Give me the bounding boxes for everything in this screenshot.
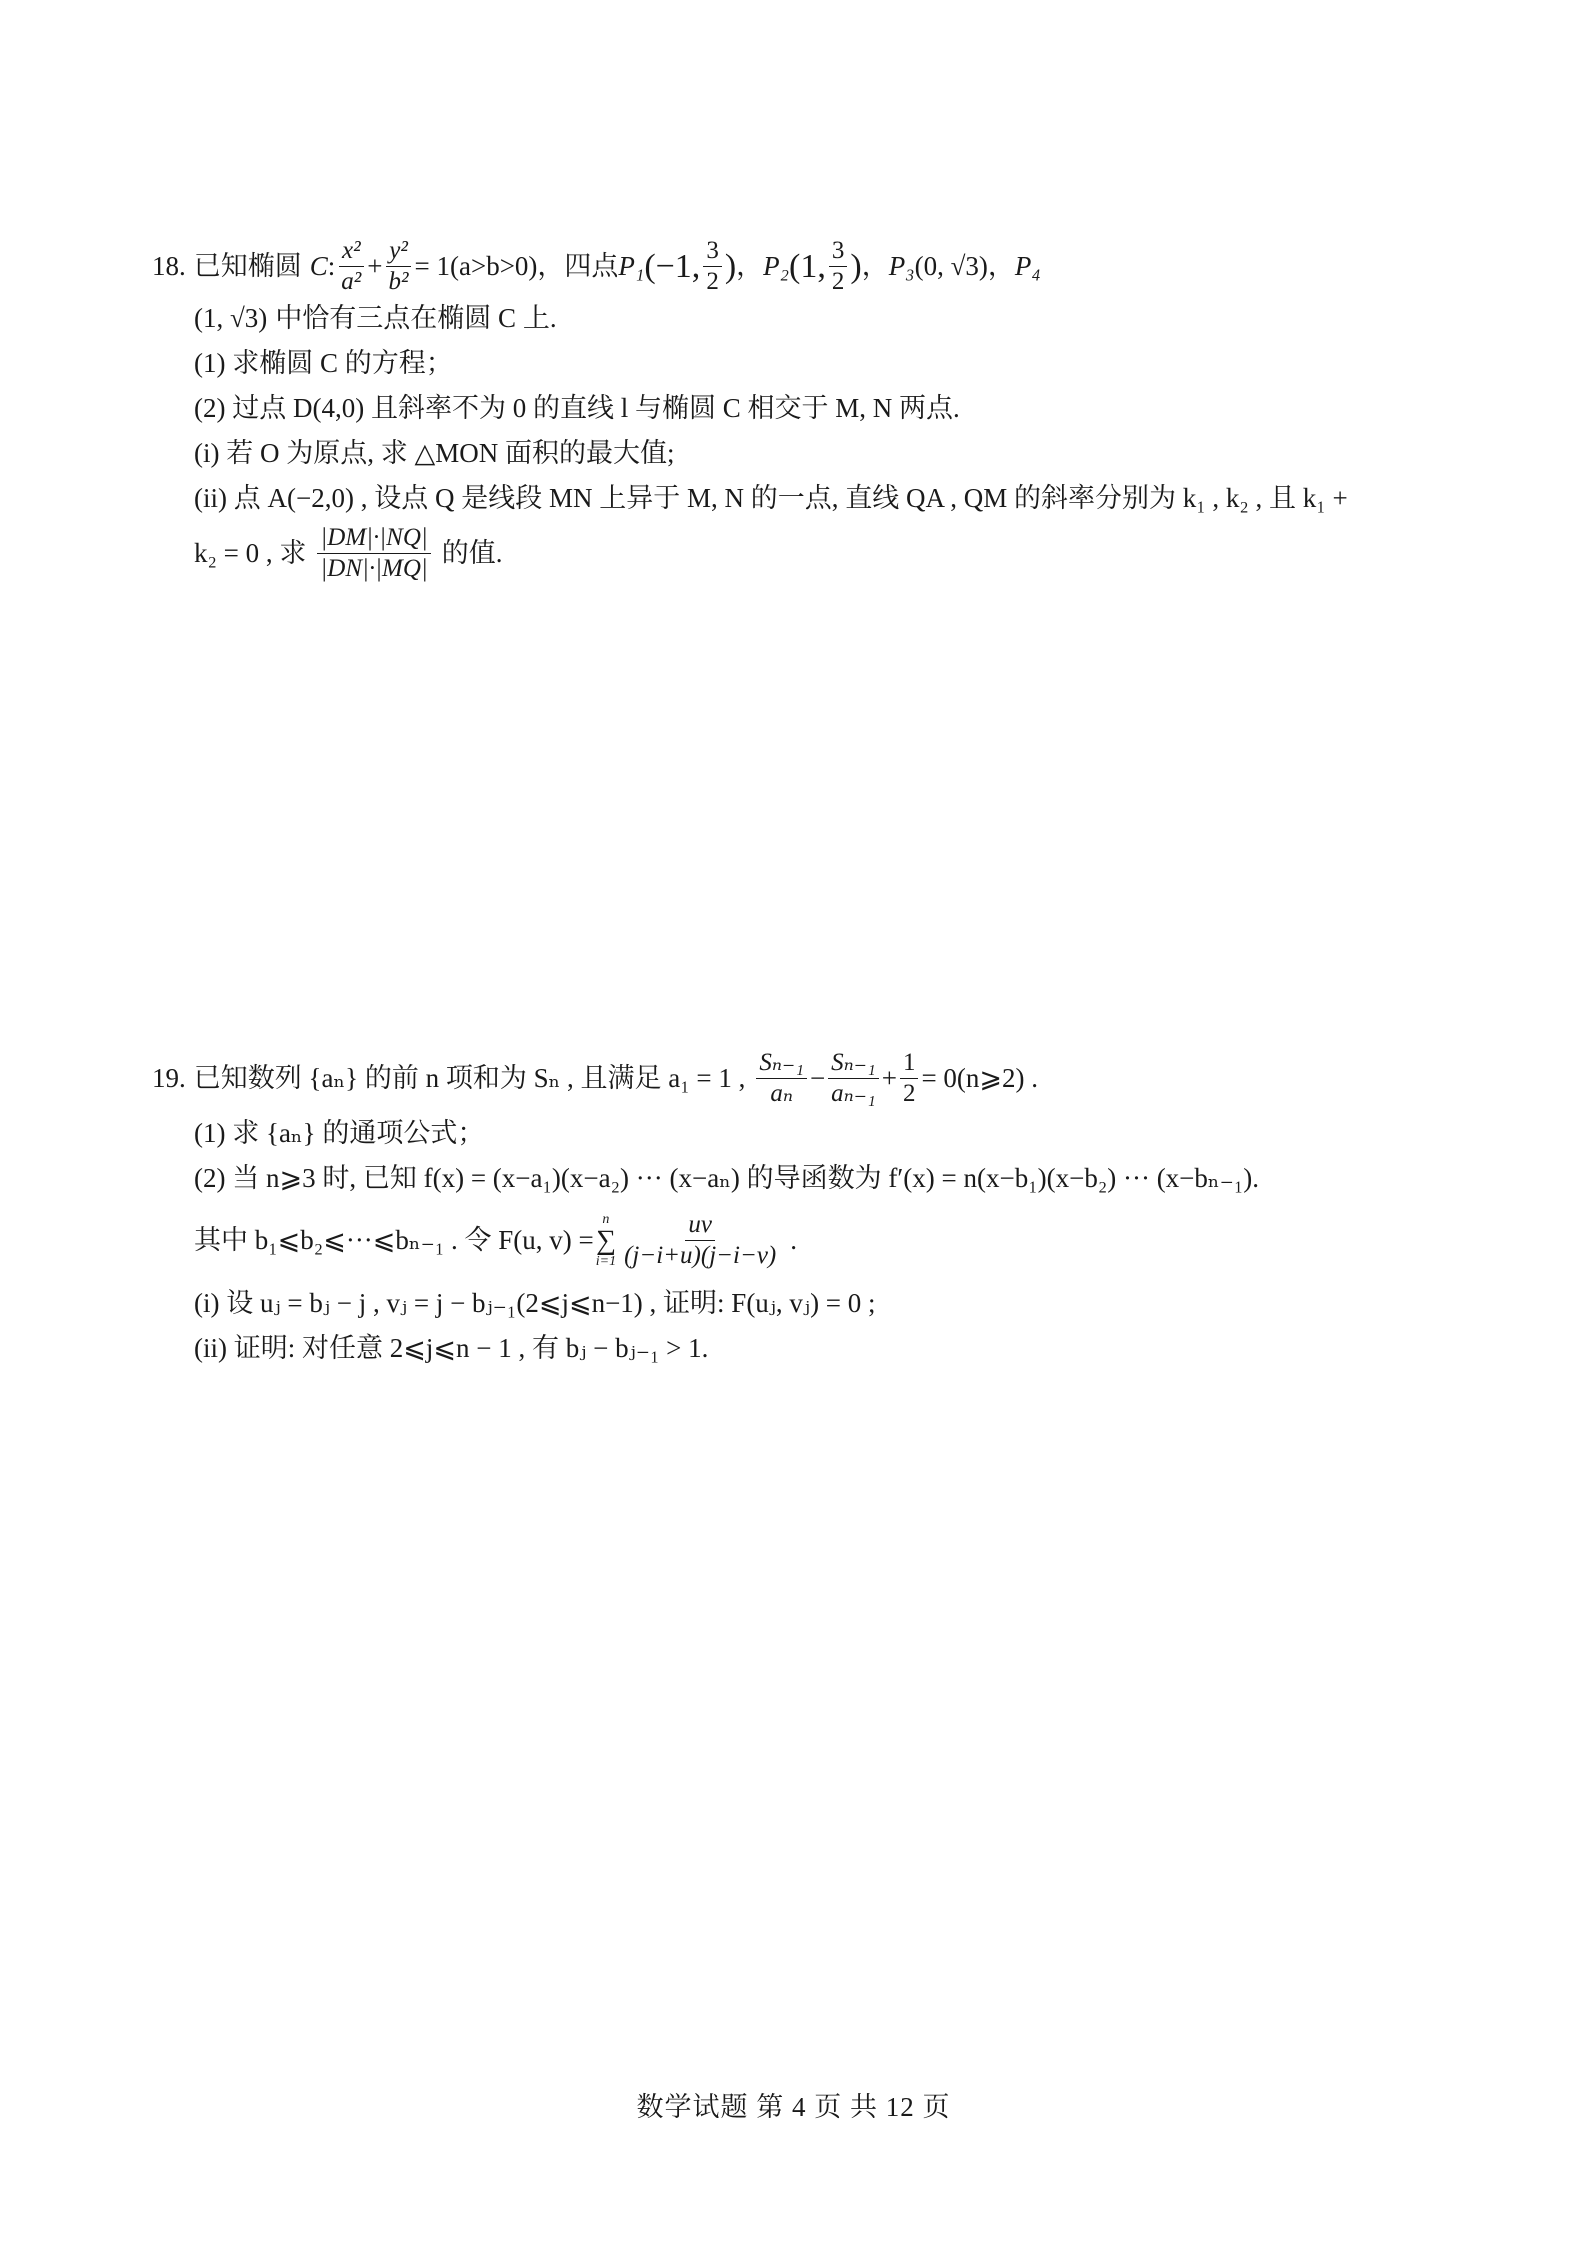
point-p2-coord: (1, [789,250,826,284]
point-p1-label: P₁ [618,253,644,280]
problem-18-part-1: (1) 求椭圆 C 的方程； [194,350,453,377]
point-p3-label: P₃ [889,253,915,280]
fraction-x: x² a² [338,238,364,296]
fraction-three-halves: 3 2 [829,238,848,296]
statement-text: 已知数列 {aₙ} 的前 n 项和为 Sₙ , 且满足 a₁ = 1 , [194,1065,746,1092]
problem-19-part-2-cont: 其中 b₁⩽b₂⩽···⩽bₙ₋₁ . 令 F(u, v) = n ∑ i=1 … [194,1212,797,1270]
point-p4-coord: (1, √3) [194,305,267,332]
problem-18-part-2: (2) 过点 D(4,0) 且斜率不为 0 的直线 l 与椭圆 C 相交于 M,… [194,395,960,422]
point-p3-coord: (0, √3) [915,253,988,280]
problem-18-part-2-i: (i) 若 O 为原点, 求 △MON 面积的最大值; [194,440,675,467]
equation-end: = 0(n⩾2) . [921,1065,1038,1092]
plus-sign: + [367,253,382,280]
fraction-denominator: b² [386,267,412,295]
fraction-numerator: uv [685,1212,715,1241]
statement-text: 中恰有三点在椭圆 C 上. [275,305,556,332]
point-p1-coord: (−1, [644,250,700,284]
fraction-s-over-a-prev: Sₙ₋₁ aₙ₋₁ [828,1050,879,1108]
fraction-denominator: aₙ [767,1079,796,1107]
minus-sign: − [810,1065,825,1092]
fraction-one-half: 1 2 [900,1050,919,1108]
problem-19-statement-line1: 19. 已知数列 {aₙ} 的前 n 项和为 Sₙ , 且满足 a₁ = 1 ,… [152,1050,1038,1108]
ratio-fraction: |DM|·|NQ| |DN|·|MQ| [317,525,430,583]
period: . [790,1227,797,1254]
problem-18-statement-line2: (1, √3) 中恰有三点在椭圆 C 上. [194,305,557,332]
problem-19-part-1: (1) 求 {aₙ} 的通项公式； [194,1120,484,1147]
fraction-numerator: 3 [703,238,722,267]
problem-intro: 已知椭圆 [194,253,302,280]
fraction-numerator: Sₙ₋₁ [756,1050,807,1079]
fraction-denominator: 2 [829,267,848,295]
paren-close: ) [850,250,861,284]
statement-text: 的值. [442,540,503,567]
problem-19-part-2: (2) 当 n⩾3 时, 已知 f(x) = (x−a₁)(x−a₂) ··· … [194,1165,1259,1192]
fraction-denominator: 2 [703,267,722,295]
fraction-y: y² b² [386,238,412,296]
sum-lower-limit: i=1 [596,1255,616,1269]
separator: ， [862,253,889,280]
fraction-denominator: (j−i+u)(j−i−v) [621,1241,779,1269]
fraction-denominator: aₙ₋₁ [828,1079,879,1107]
problem-19-part-2-ii: (ii) 证明: 对任意 2⩽j⩽n − 1 , 有 bⱼ − bⱼ₋₁ > 1… [194,1335,708,1362]
problem-18-part-2-ii: (ii) 点 A(−2,0) , 设点 Q 是线段 MN 上异于 M, N 的一… [194,485,1348,512]
problem-18-statement-line1: 18. 已知椭圆 C : x² a² + y² b² = 1(a>b>0) ，四… [152,238,1041,296]
problem-number: 19. [152,1065,186,1092]
ellipse-name: C [310,253,328,280]
fraction-numerator: y² [386,238,411,267]
fraction-numerator: 3 [829,238,848,267]
problem-19-part-2-i: (i) 设 uⱼ = bⱼ − j , vⱼ = j − bⱼ₋₁(2⩽j⩽n−… [194,1290,876,1317]
point-p4-label: P₄ [1015,253,1041,280]
fraction-numerator: x² [339,238,364,267]
fraction-numerator: |DM|·|NQ| [317,525,430,554]
fraction-denominator: 2 [900,1079,919,1107]
paren-close: ) [725,250,736,284]
colon: : [328,253,336,280]
fraction-s-over-a: Sₙ₋₁ aₙ [756,1050,807,1108]
fraction-numerator: 1 [900,1050,919,1079]
page-footer: 数学试题 第 4 页 共 12 页 [0,2085,1587,2124]
problem-18-part-2-ii-cont: k₂ = 0 , 求 |DM|·|NQ| |DN|·|MQ| 的值. [194,525,503,583]
fraction-numerator: Sₙ₋₁ [828,1050,879,1079]
sum-fraction: uv (j−i+u)(j−i−v) [621,1212,779,1270]
problem-number: 18. [152,253,186,280]
fraction-three-halves: 3 2 [703,238,722,296]
separator: ， [736,253,763,280]
equation-rhs: = 1(a>b>0) [415,253,538,280]
four-points-text: ，四点 [537,253,618,280]
sigma-symbol: ∑ [596,1227,616,1255]
fraction-denominator: |DN|·|MQ| [317,554,430,582]
summation: n ∑ i=1 [596,1213,616,1269]
separator: ， [988,253,1015,280]
plus-sign: + [882,1065,897,1092]
statement-text: 其中 b₁⩽b₂⩽···⩽bₙ₋₁ . 令 F(u, v) = [194,1227,594,1254]
statement-text: k₂ = 0 , 求 [194,540,306,567]
point-p2-label: P₂ [763,253,789,280]
fraction-denominator: a² [338,267,364,295]
